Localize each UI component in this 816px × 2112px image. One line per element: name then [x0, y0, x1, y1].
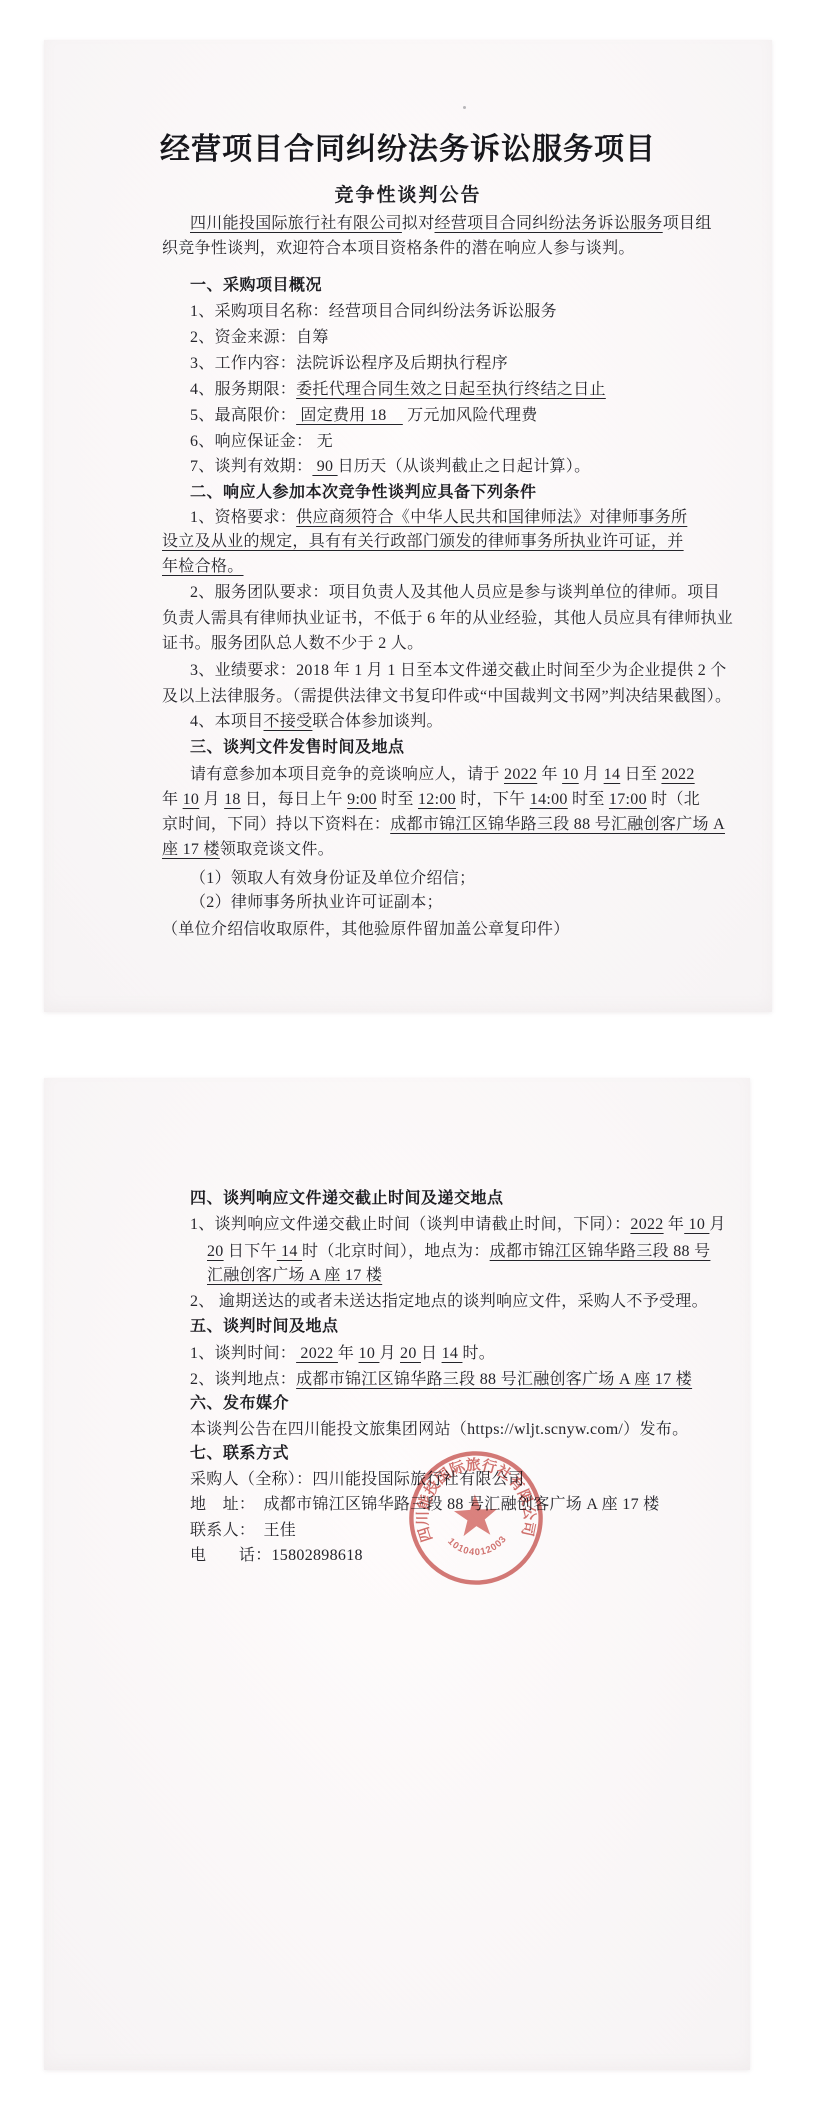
contact-person-line: 联系人： 王佳: [190, 1518, 296, 1543]
section-3-heading: 三、谈判文件发售时间及地点: [190, 735, 405, 760]
required-doc-2: （2）律师事务所执业许可证副本；: [190, 890, 443, 915]
scan-artifact: [463, 106, 466, 109]
company-seal: 四川能投国际旅行社有限公司 5101040120034: [396, 1438, 556, 1598]
item-service-term: 4、服务期限：委托代理合同生效之日起至执行终结之日止: [190, 377, 606, 402]
document-page-2: 四、谈判响应文件递交截止时间及递交地点 1、谈判响应文件递交截止时间（谈判申请截…: [44, 1078, 750, 2070]
section-2-heading: 二、响应人参加本次竞争性谈判应具备下列条件: [190, 480, 537, 505]
item-work-content: 3、工作内容：法院诉讼程序及后期执行程序: [190, 351, 508, 376]
qualification-line-2: 设立及从业的规定，具有有关行政部门颁发的律师事务所执业许可证，并: [162, 529, 684, 554]
required-doc-1: （1）领取人有效身份证及单位介绍信；: [190, 866, 475, 891]
item-fund-source: 2、资金来源：自筹: [190, 325, 329, 350]
late-delivery-line: 2、 逾期送达的或者未送达指定地点的谈判响应文件，采购人不予受理。: [190, 1289, 708, 1314]
section-6-heading: 六、发布媒介: [190, 1391, 289, 1416]
performance-line-2: 及以上法律服务。（需提供法律文书复印件或“中国裁判文书网”判决结果截图）。: [162, 684, 731, 709]
issue-time-line-4: 座 17 楼领取竞谈文件。: [162, 837, 334, 862]
team-line-3: 证书。服务团队总人数不少于 2 人。: [162, 631, 423, 656]
negotiation-place-line: 2、谈判地点：成都市锦江区锦华路三段 88 号汇融创客广场 A 座 17 楼: [190, 1367, 692, 1392]
team-line-2: 负责人需具有律师执业证书，不低于 6 年的从业经验，其他人员应具有律师执业: [162, 606, 733, 631]
issue-time-line-1: 请有意参加本项目竞争的竞谈响应人，请于 2022 年 10 月 14 日至 20…: [190, 762, 695, 787]
no-consortium-line: 4、本项目不接受联合体参加谈判。: [190, 709, 443, 734]
scanned-document: 经营项目合同纠纷法务诉讼服务项目 竞争性谈判公告 四川能投国际旅行社有限公司拟对…: [0, 0, 816, 2112]
item-max-price: 5、最高限价： 固定费用 18 万元加风险代理费: [190, 403, 538, 428]
section-5-heading: 五、谈判时间及地点: [190, 1314, 339, 1339]
section-7-heading: 七、联系方式: [190, 1441, 289, 1466]
section-1-heading: 一、采购项目概况: [190, 273, 322, 298]
document-page-1: 经营项目合同纠纷法务诉讼服务项目 竞争性谈判公告 四川能投国际旅行社有限公司拟对…: [44, 40, 772, 1012]
issue-time-line-2: 年 10 月 18 日，每日上午 9:00 时至 12:00 时，下午 14:0…: [162, 787, 700, 812]
item-deposit: 6、响应保证金： 无: [190, 429, 333, 454]
team-line-1: 2、服务团队要求：项目负责人及其他人员应是参与谈判单位的律师。项目: [190, 580, 720, 605]
required-doc-note: （单位介绍信收取原件，其他验原件留加盖公章复印件）: [162, 917, 570, 942]
intro-line-2: 织竞争性谈判，欢迎符合本项目资格条件的潜在响应人参与谈判。: [162, 236, 635, 261]
deadline-line-2: 20 日下午 14 时（北京时间），地点为：成都市锦江区锦华路三段 88 号: [207, 1239, 710, 1264]
phone-line: 电 话：15802898618: [190, 1543, 363, 1568]
seal-star-icon: [453, 1493, 498, 1536]
publish-media-line: 本谈判公告在四川能投文旅集团网站（https://wljt.scnyw.com/…: [190, 1417, 688, 1442]
item-validity: 7、谈判有效期： 90 日历天（从谈判截止之日起计算）。: [190, 454, 590, 479]
document-title: 经营项目合同纠纷法务诉讼服务项目: [44, 124, 772, 168]
section-4-heading: 四、谈判响应文件递交截止时间及递交地点: [190, 1186, 504, 1211]
document-subtitle: 竞争性谈判公告: [44, 180, 772, 207]
performance-line-1: 3、业绩要求：2018 年 1 月 1 日至本文件递交截止时间至少为企业提供 2…: [190, 658, 727, 683]
item-project-name: 1、采购项目名称：经营项目合同纠纷法务诉讼服务: [190, 299, 557, 324]
negotiation-time-line: 1、谈判时间： 2022 年 10 月 20 日 14 时。: [190, 1341, 495, 1366]
deadline-line-3: 汇融创客广场 A 座 17 楼: [207, 1263, 382, 1288]
intro-line-1: 四川能投国际旅行社有限公司拟对经营项目合同纠纷法务诉讼服务项目组: [190, 211, 712, 236]
deadline-line-1: 1、谈判响应文件递交截止时间（谈判申请截止时间，下同）：2022 年 10 月: [190, 1212, 726, 1237]
qualification-line-3: 年检合格。: [162, 554, 244, 579]
issue-time-line-3: 京时间，下同）持以下资料在：成都市锦江区锦华路三段 88 号汇融创客广场 A: [162, 812, 725, 837]
qualification-line-1: 1、资格要求：供应商须符合《中华人民共和国律师法》对律师事务所: [190, 505, 687, 530]
